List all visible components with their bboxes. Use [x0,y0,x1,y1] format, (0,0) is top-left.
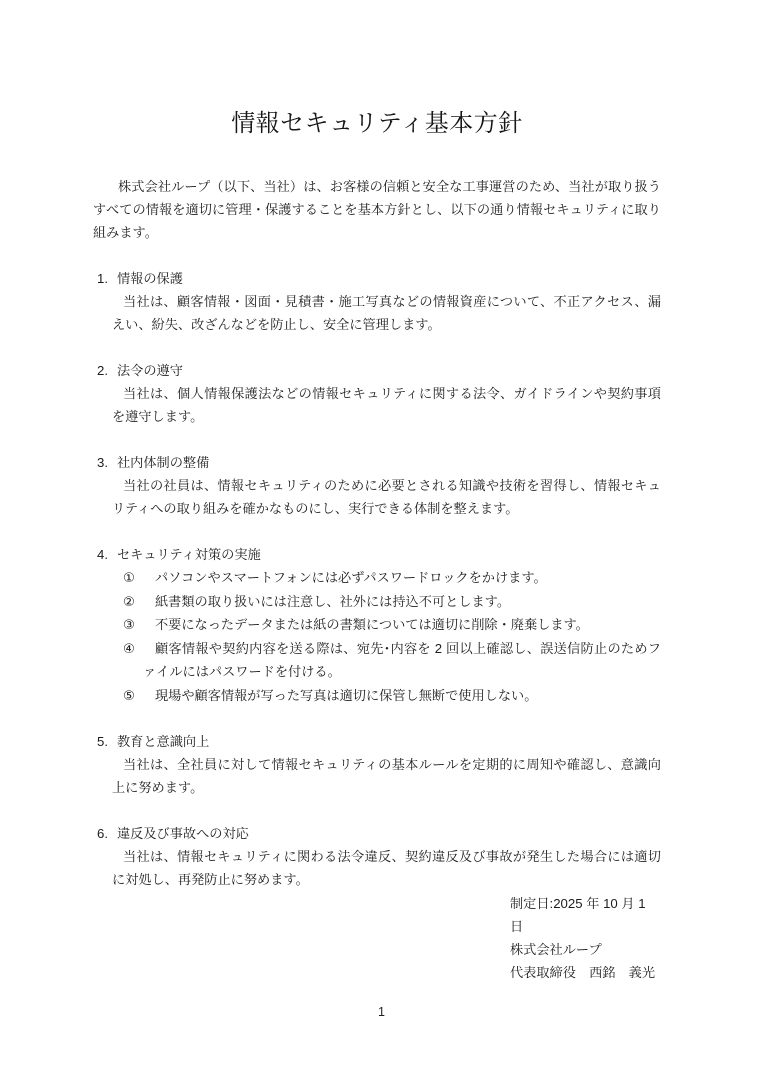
section-information-protection: 1. 情報の保護 当社は、顧客情報・図面・見積書・施工写真などの情報資産について… [93,267,661,336]
section-heading: 法令の遵守 [117,359,183,382]
document-page: 情報セキュリティ基本方針 株式会社ループ（以下、当社）は、お客様の信頼と安全な工… [0,0,763,1080]
section-number: 6. [93,822,117,845]
section-number: 3. [93,451,117,474]
page-number: 1 [0,1001,763,1024]
measure-item-marker: ④ [123,637,135,661]
measure-item-text: 顧客情報や契約内容を送る際は、宛先･内容を 2 回以上確認し、誤送信防止のためフ… [143,641,661,680]
section-legal-compliance: 2. 法令の遵守 当社は、個人情報保護法などの情報セキュリティに関する法令、ガイ… [93,359,661,428]
section-body: 当社は、全社員に対して情報セキュリティの基本ルールを定期的に周知や確認し、意識向… [112,753,661,799]
section-body: 当社は、顧客情報・図面・見積書・施工写真などの情報資産について、不正アクセス、漏… [112,290,661,336]
section-heading-row: 5. 教育と意識向上 [93,730,661,753]
measure-item: ④ 顧客情報や契約内容を送る際は、宛先･内容を 2 回以上確認し、誤送信防止のた… [143,637,661,684]
document-title: 情報セキュリティ基本方針 [93,106,661,142]
section-security-measures: 4. セキュリティ対策の実施 ① パソコンやスマートフォンには必ずパスワードロッ… [93,543,661,707]
measure-item-marker: ② [123,590,135,614]
measure-item-text: 現場や顧客情報が写った写真は適切に保管し無断で使用しない。 [155,688,537,703]
company-name: 株式会社ループ [510,938,661,961]
measure-item: ⑤ 現場や顧客情報が写った写真は適切に保管し無断で使用しない。 [143,684,661,708]
intro-paragraph: 株式会社ループ（以下、当社）は、お客様の信頼と安全な工事運営のため、当社が取り扱… [93,175,661,244]
measure-item-marker: ③ [123,613,135,637]
measure-item-text: 不要になったデータまたは紙の書類については適切に削除・廃棄します。 [155,617,589,632]
section-heading-row: 2. 法令の遵守 [93,359,661,382]
signature-block: 制定日:2025 年 10 月 1 日 株式会社ループ 代表取締役 西銘 義光 [510,892,661,984]
section-heading: 情報の保護 [117,267,183,290]
section-heading: 社内体制の整備 [117,451,209,474]
section-number: 5. [93,730,117,753]
measure-item-marker: ⑤ [123,684,135,708]
section-heading-row: 1. 情報の保護 [93,267,661,290]
section-body: 当社は、情報セキュリティに関わる法令違反、契約違反及び事故が発生した場合には適切… [112,845,661,891]
measure-item: ② 紙書類の取り扱いには注意し、社外には持込不可とします。 [143,590,661,614]
section-violation-response: 6. 違反及び事故への対応 当社は、情報セキュリティに関わる法令違反、契約違反及… [93,822,661,891]
section-heading-row: 4. セキュリティ対策の実施 [93,543,661,566]
representative-name: 代表取締役 西銘 義光 [510,961,661,984]
section-heading: 違反及び事故への対応 [117,822,249,845]
section-number: 4. [93,543,117,566]
measure-item-marker: ① [123,566,135,590]
document-content: 情報セキュリティ基本方針 株式会社ループ（以下、当社）は、お客様の信頼と安全な工… [93,0,661,984]
measure-item: ① パソコンやスマートフォンには必ずパスワードロックをかけます。 [143,566,661,590]
established-date: 制定日:2025 年 10 月 1 日 [510,892,661,938]
measure-list: ① パソコンやスマートフォンには必ずパスワードロックをかけます。 ② 紙書類の取… [143,566,661,707]
section-heading: セキュリティ対策の実施 [117,543,261,566]
section-education-awareness: 5. 教育と意識向上 当社は、全社員に対して情報セキュリティの基本ルールを定期的… [93,730,661,799]
section-number: 2. [93,359,117,382]
section-number: 1. [93,267,117,290]
section-internal-structure: 3. 社内体制の整備 当社の社員は、情報セキュリティのために必要とされる知識や技… [93,451,661,520]
measure-item-text: 紙書類の取り扱いには注意し、社外には持込不可とします。 [155,594,510,609]
section-heading-row: 6. 違反及び事故への対応 [93,822,661,845]
measure-item-text: パソコンやスマートフォンには必ずパスワードロックをかけます。 [155,570,547,585]
measure-item: ③ 不要になったデータまたは紙の書類については適切に削除・廃棄します。 [143,613,661,637]
section-body: 当社は、個人情報保護法などの情報セキュリティに関する法令、ガイドラインや契約事項… [112,382,661,428]
section-heading: 教育と意識向上 [117,730,209,753]
section-heading-row: 3. 社内体制の整備 [93,451,661,474]
section-body: 当社の社員は、情報セキュリティのために必要とされる知識や技術を習得し、情報セキュ… [112,474,661,520]
